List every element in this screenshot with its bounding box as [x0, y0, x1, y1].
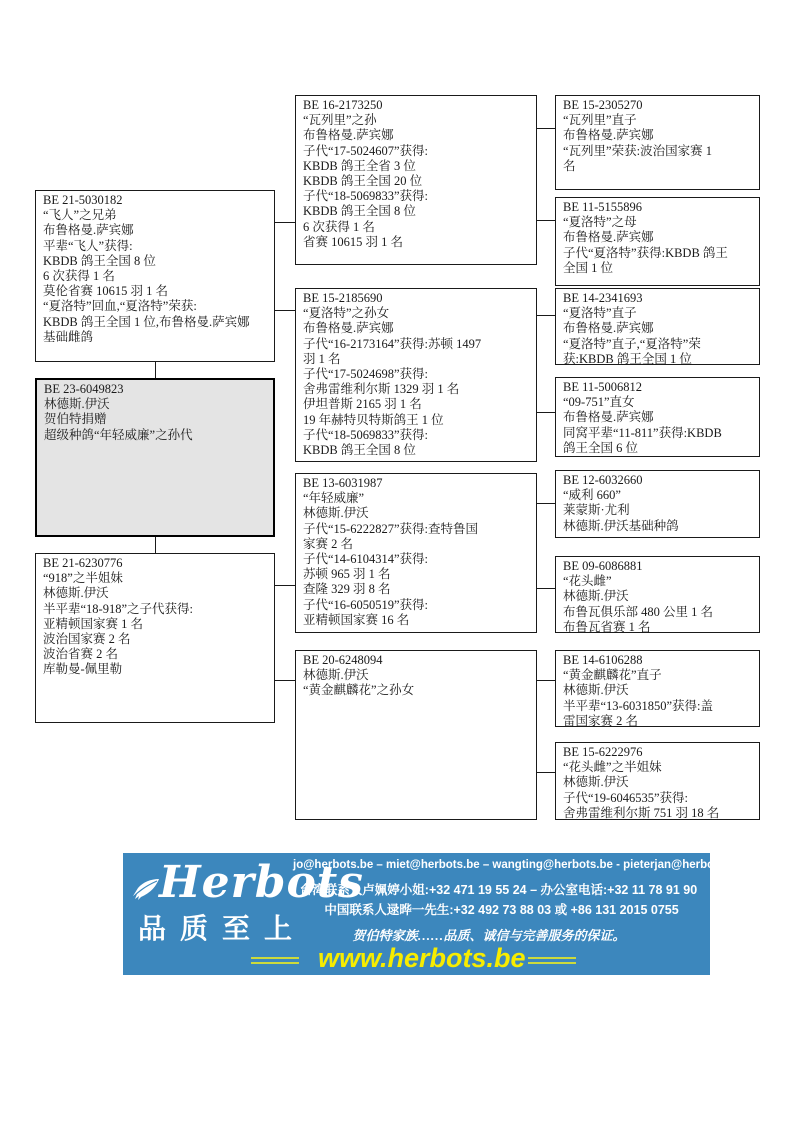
connector-line — [537, 220, 555, 221]
connector-line — [537, 772, 555, 773]
pedigree-box-granddam-2: BE 20-6248094 林德斯.伊沃 “黄金麒麟花”之孙女 — [295, 650, 537, 820]
connector-line — [275, 222, 295, 223]
connector-line — [155, 362, 156, 378]
pedigree-box-grandsire-2: BE 13-6031987 “年轻威廉” 林德斯.伊沃 子代“15-622282… — [295, 473, 537, 633]
banner-contact-taiwan: 台湾联系人卢姵婷小姐:+32 471 19 55 24 – 办公室电话:+32 … — [293, 880, 704, 898]
pedigree-box-dam: BE 21-6230776 “918”之半姐妹 林德斯.伊沃 半平辈“18-91… — [35, 553, 275, 723]
pedigree-box-ggparent-8: BE 15-6222976 “花头雌”之半姐妹 林德斯.伊沃 子代“19-604… — [555, 742, 760, 820]
banner-contact-china: 中国联系人逯晔一先生:+32 492 73 88 03 或 +86 131 20… — [313, 900, 690, 918]
banner-tagline: 品质至上 — [138, 907, 306, 947]
pedigree-box-subject: BE 23-6049823 林德斯.伊沃 贺伯特捐赠 超级种鸽“年轻威廉”之孙代 — [35, 378, 275, 537]
banner-slogan: 贺伯特家族……品质、诚信与完善服务的保证。 — [323, 925, 655, 944]
connector-line — [537, 680, 555, 681]
pedigree-box-grandsire-1: BE 16-2173250 “瓦列里”之孙 布鲁格曼.萨宾娜 子代“17-502… — [295, 95, 537, 265]
pedigree-page: BE 21-5030182 “飞人”之兄弟 布鲁格曼.萨宾娜 平辈“飞人”获得:… — [0, 0, 793, 1122]
connector-line — [537, 503, 555, 504]
connector-line — [155, 537, 156, 553]
herbots-banner: Herbots 品质至上 jo@herbots.be – miet@herbot… — [123, 853, 710, 975]
connector-line — [537, 412, 555, 413]
pedigree-box-ggparent-7: BE 14-6106288 “黄金麒麟花”直子 林德斯.伊沃 半平辈“13-60… — [555, 650, 760, 727]
pedigree-box-granddam-1: BE 15-2185690 “夏洛特”之孙女 布鲁格曼.萨宾娜 子代“16-21… — [295, 288, 537, 462]
pedigree-box-ggparent-5: BE 12-6032660 “威利 660” 莱蒙斯·尤利 林德斯.伊沃基础种鸽 — [555, 470, 760, 538]
pedigree-box-ggparent-1: BE 15-2305270 “瓦列里”直子 布鲁格曼.萨宾娜 “瓦列里”荣获:波… — [555, 95, 760, 190]
banner-website-url: www.herbots.be — [318, 943, 526, 974]
banner-emails: jo@herbots.be – miet@herbots.be – wangti… — [293, 859, 708, 871]
pedigree-box-ggparent-3: BE 14-2341693 “夏洛特”直子 布鲁格曼.萨宾娜 “夏洛特”直子,“… — [555, 288, 760, 365]
connector-line — [275, 680, 295, 681]
pedigree-box-ggparent-2: BE 11-5155896 “夏洛特”之母 布鲁格曼.萨宾娜 子代“夏洛特”获得… — [555, 197, 760, 286]
pedigree-box-ggparent-4: BE 11-5006812 “09-751”直女 布鲁格曼.萨宾娜 同窝平辈“1… — [555, 377, 760, 457]
connector-line — [537, 128, 555, 129]
double-rule-right — [528, 957, 576, 965]
banner-website-row: www.herbots.be — [243, 943, 710, 975]
double-rule-left — [251, 957, 299, 965]
connector-line — [537, 315, 555, 316]
connector-line — [537, 588, 555, 589]
connector-line — [275, 310, 295, 311]
pedigree-box-ggparent-6: BE 09-6086881 “花头雌” 林德斯.伊沃 布鲁瓦俱乐部 480 公里… — [555, 556, 760, 633]
pedigree-box-sire: BE 21-5030182 “飞人”之兄弟 布鲁格曼.萨宾娜 平辈“飞人”获得:… — [35, 190, 275, 362]
connector-line — [275, 585, 295, 586]
feather-icon — [131, 877, 161, 908]
